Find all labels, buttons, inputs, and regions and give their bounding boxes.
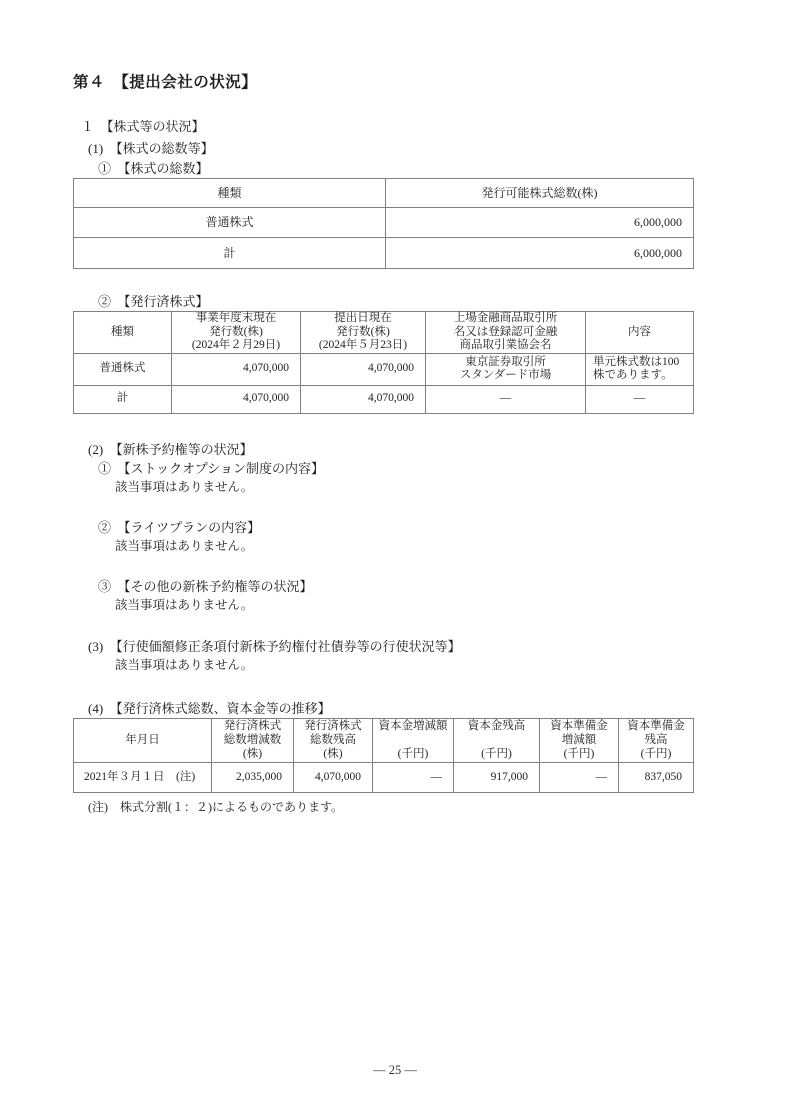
not-applicable-text: 該当事項はありません。 xyxy=(115,596,693,614)
table-row: 計 4,070,000 4,070,000 ― ― xyxy=(74,385,694,413)
cell-total-label: 計 xyxy=(74,238,386,269)
header-date: 年月日 xyxy=(74,718,212,762)
cell-date: 2021年３月１日 (注) xyxy=(74,762,212,792)
table-row: 普通株式 4,070,000 4,070,000 東京証券取引所 スタンダード市… xyxy=(74,353,694,385)
table-row: 普通株式 6,000,000 xyxy=(74,208,694,238)
header-fy-end-issued: 事業年度末現在 発行数(株) (2024年２月29日) xyxy=(172,312,301,354)
not-applicable-text: 該当事項はありません。 xyxy=(115,478,693,496)
heading-rights-plan: ② 【ライツプランの内容】 xyxy=(98,519,693,537)
cell-shares-balance: 4,070,000 xyxy=(294,762,373,792)
header-capital-balance: 資本金残高 (千円) xyxy=(454,718,540,762)
table-header-row: 年月日 発行済株式 総数増減数 (株) 発行済株式 総数残高 (株) 資本金増減… xyxy=(74,718,694,762)
cell-description: 単元株式数は100 株であります。 xyxy=(586,353,694,385)
header-type: 種類 xyxy=(74,179,386,208)
chapter-heading: 第４ 【提出会社の状況】 xyxy=(73,73,693,93)
heading-stock-status: １ 【株式等の状況】 xyxy=(81,118,693,136)
cell-capital-balance: 917,000 xyxy=(454,762,540,792)
heading-capital-history: (4) 【発行済株式総数、資本金等の推移】 xyxy=(88,700,693,718)
cell-fy-end-count: 4,070,000 xyxy=(172,353,301,385)
heading-exercise-status: (3) 【行使価額修正条項付新株予約権付社債券等の行使状況等】 xyxy=(88,638,693,656)
header-shares-change: 発行済株式 総数増減数 (株) xyxy=(212,718,294,762)
table-footnote: (注) 株式分割(１：２)によるものであります。 xyxy=(88,799,693,815)
cell-reserve-balance: 837,050 xyxy=(619,762,694,792)
table-row: 計 6,000,000 xyxy=(74,238,694,269)
cell-total-count: 6,000,000 xyxy=(386,238,694,269)
cell-capital-change: ― xyxy=(373,762,454,792)
cell-authorized-count: 6,000,000 xyxy=(386,208,694,238)
cell-fy-end-total: 4,070,000 xyxy=(172,385,301,413)
cell-total-label: 計 xyxy=(74,385,172,413)
heading-shares-total: ① 【株式の総数】 xyxy=(98,160,693,178)
header-description: 内容 xyxy=(586,312,694,354)
issued-shares-table: 種類 事業年度末現在 発行数(株) (2024年２月29日) 提出日現在 発行数… xyxy=(73,311,694,414)
document-page: 第４ 【提出会社の状況】 １ 【株式等の状況】 (1) 【株式の総数等】 ① 【… xyxy=(73,73,693,815)
heading-shares-total-group: (1) 【株式の総数等】 xyxy=(88,140,693,158)
header-authorized-shares: 発行可能株式総数(株) xyxy=(386,179,694,208)
cell-filing-date-total: 4,070,000 xyxy=(301,385,426,413)
header-capital-change: 資本金増減額 (千円) xyxy=(373,718,454,762)
table-header-row: 種類 発行可能株式総数(株) xyxy=(74,179,694,208)
header-listed-exchange: 上場金融商品取引所 名又は登録認可金融 商品取引業協会名 xyxy=(426,312,586,354)
not-applicable-text: 該当事項はありません。 xyxy=(115,656,693,674)
capital-history-table: 年月日 発行済株式 総数増減数 (株) 発行済株式 総数残高 (株) 資本金増減… xyxy=(73,718,694,793)
cell-share-type: 普通株式 xyxy=(74,353,172,385)
cell-share-type: 普通株式 xyxy=(74,208,386,238)
cell-reserve-change: ― xyxy=(540,762,619,792)
cell-filing-date-count: 4,070,000 xyxy=(301,353,426,385)
header-type: 種類 xyxy=(74,312,172,354)
heading-warrants: (2) 【新株予約権等の状況】 xyxy=(88,441,693,459)
not-applicable-text: 該当事項はありません。 xyxy=(115,537,693,555)
heading-issued-shares: ② 【発行済株式】 xyxy=(98,293,693,311)
page-number: ― 25 ― xyxy=(0,1063,790,1078)
heading-stock-options: ① 【ストックオプション制度の内容】 xyxy=(98,460,693,478)
cell-description-dash: ― xyxy=(586,385,694,413)
cell-exchange: 東京証券取引所 スタンダード市場 xyxy=(426,353,586,385)
cell-shares-change: 2,035,000 xyxy=(212,762,294,792)
cell-exchange-dash: ― xyxy=(426,385,586,413)
table-row: 2021年３月１日 (注) 2,035,000 4,070,000 ― 917,… xyxy=(74,762,694,792)
header-shares-balance: 発行済株式 総数残高 (株) xyxy=(294,718,373,762)
header-filing-date-issued: 提出日現在 発行数(株) (2024年５月23日) xyxy=(301,312,426,354)
header-reserve-balance: 資本準備金 残高 (千円) xyxy=(619,718,694,762)
heading-other-warrants: ③ 【その他の新株予約権等の状況】 xyxy=(98,578,693,596)
header-reserve-change: 資本準備金 増減額 (千円) xyxy=(540,718,619,762)
table-header-row: 種類 事業年度末現在 発行数(株) (2024年２月29日) 提出日現在 発行数… xyxy=(74,312,694,354)
shares-total-table: 種類 発行可能株式総数(株) 普通株式 6,000,000 計 6,000,00… xyxy=(73,178,694,269)
